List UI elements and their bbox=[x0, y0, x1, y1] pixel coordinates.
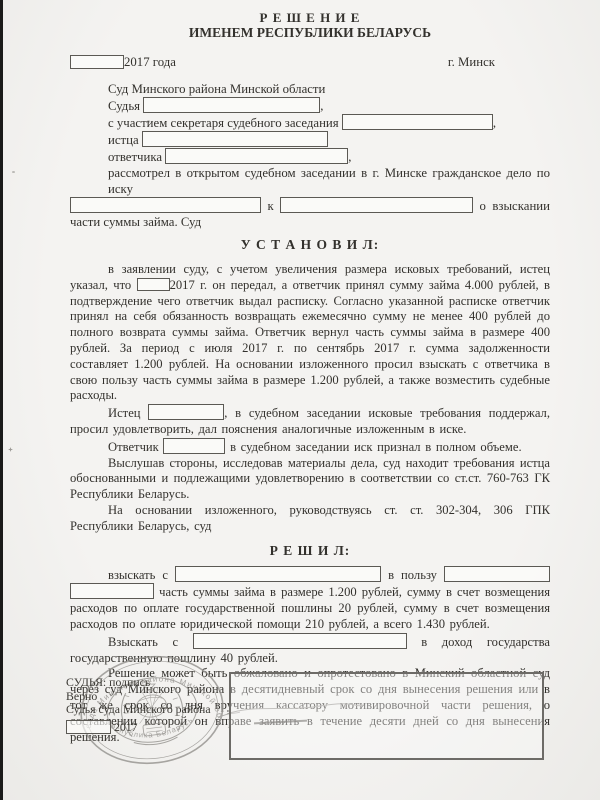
redacted-beneficiary-name-2 bbox=[70, 583, 154, 599]
scan-speck bbox=[8, 447, 13, 452]
scanned-court-decision: Р Е Ш Е Н И Е ИМЕНЕМ РЕСПУБЛИКИ БЕЛАРУСЬ… bbox=[0, 0, 600, 800]
date-group: 2017 года bbox=[70, 55, 176, 70]
redacted-plaintiff-name bbox=[142, 131, 328, 147]
scan-speck bbox=[12, 171, 15, 173]
redacted-defendant-name bbox=[165, 148, 348, 164]
claim-line-2: части суммы займа. Суд bbox=[70, 214, 550, 230]
appeal-paragraph: Решение может быть обжаловано и опротест… bbox=[70, 666, 550, 745]
section-heading-reshil: Р Е Ш И Л: bbox=[70, 542, 550, 559]
redacted-loan-date bbox=[137, 278, 170, 291]
claim-parties-line: к о взыскании bbox=[70, 197, 550, 214]
redacted-date-field bbox=[70, 55, 124, 69]
section-heading-ustanovil: У С Т А Н О В И Л: bbox=[70, 236, 550, 253]
facts-paragraph-5: На основании изложенного, руководствуясь… bbox=[70, 503, 550, 535]
redacted-judge-name bbox=[143, 97, 320, 113]
facts-paragraph-4: Выслушав стороны, исследовав материалы д… bbox=[70, 456, 550, 503]
scan-edge-artifact bbox=[0, 0, 3, 800]
court-name: Суд Минского района Минской области bbox=[70, 81, 550, 97]
facts-paragraph-3: Ответчик в судебном заседании иск призна… bbox=[70, 438, 550, 456]
ruling-line-2: Взыскать с в доход государства bbox=[70, 633, 550, 651]
redacted-beneficiary-name bbox=[444, 566, 550, 582]
facts-paragraph-2: Истец , в судебном заседании исковые тре… bbox=[70, 404, 550, 438]
redacted-plaintiff-name-2 bbox=[148, 404, 224, 420]
dateline: 2017 года г. Минск bbox=[70, 55, 550, 70]
plaintiff-line: истца bbox=[70, 131, 550, 148]
redacted-respondent bbox=[280, 197, 473, 213]
document-title: Р Е Ш Е Н И Е bbox=[70, 10, 550, 25]
secretary-line: с участием секретаря судебного заседания… bbox=[70, 114, 550, 131]
redacted-secretary-name bbox=[342, 114, 493, 130]
court-intro-block: Суд Минского района Минской области Судь… bbox=[70, 81, 550, 230]
document-subtitle: ИМЕНЕМ РЕСПУБЛИКИ БЕЛАРУСЬ bbox=[70, 25, 550, 41]
ruling-paragraph-2: государственную пошлину 40 рублей. bbox=[70, 651, 550, 667]
judge-line: Судья , bbox=[70, 97, 550, 114]
ruling-paragraph-1: часть суммы займа в размере 1.200 рублей… bbox=[70, 583, 550, 632]
redacted-debtor-name-2 bbox=[193, 633, 407, 649]
redacted-claimant bbox=[70, 197, 261, 213]
defendant-line: ответчика , bbox=[70, 148, 550, 165]
redacted-debtor-name bbox=[175, 566, 381, 582]
city-label: г. Минск bbox=[448, 55, 550, 70]
signature-overlapped-word: заявить bbox=[259, 714, 299, 728]
heard-line: рассмотрел в открытом судебном заседании… bbox=[70, 165, 550, 197]
ruling-line-1: взыскать с в пользу bbox=[70, 566, 550, 584]
date-year: 2017 года bbox=[124, 55, 176, 69]
facts-paragraph-1: в заявлении суду, с учетом увеличения ра… bbox=[70, 262, 550, 404]
redacted-defendant-name-2 bbox=[163, 438, 225, 454]
